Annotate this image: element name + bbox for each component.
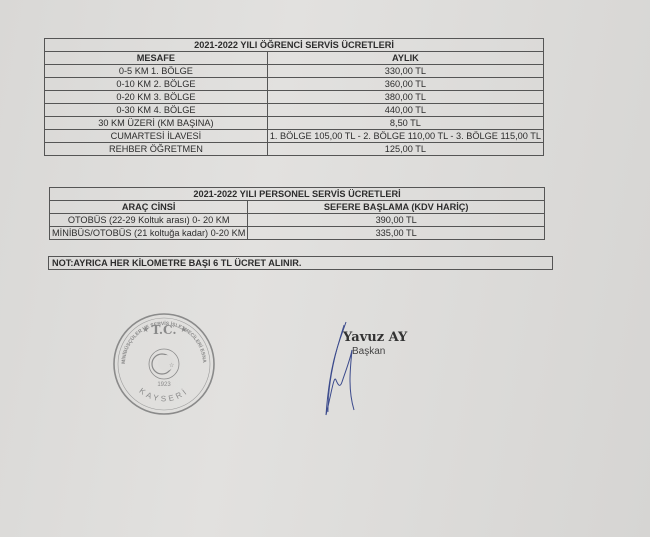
table-row: CUMARTESİ İLAVESİ1. BÖLGE 105,00 TL - 2.…	[45, 130, 544, 143]
cell-price: 360,00 TL	[267, 78, 543, 91]
table-row: 0-20 KM 3. BÖLGE380,00 TL	[45, 91, 544, 104]
student-fee-table: 2021-2022 YILI ÖĞRENCİ SERVİS ÜCRETLERİ …	[44, 38, 544, 156]
cell-distance: 0-5 KM 1. BÖLGE	[45, 65, 268, 78]
cell-price: 390,00 TL	[248, 214, 545, 227]
staff-table-title: 2021-2022 YILI PERSONEL SERVİS ÜCRETLERİ	[50, 188, 545, 201]
svg-text:MİNİBÜSÇÜLER VE SERVİS İŞLETME: MİNİBÜSÇÜLER VE SERVİS İŞLETMECİLERİ ESN…	[111, 312, 207, 364]
cell-price: 380,00 TL	[267, 91, 543, 104]
signer-name: Yavuz AY	[343, 330, 407, 345]
column-header-vehicle-type: ARAÇ CİNSİ	[50, 201, 248, 214]
table-row: 0-30 KM 4. BÖLGE440,00 TL	[45, 104, 544, 117]
svg-text:1923: 1923	[157, 382, 171, 388]
signer-title: Başkan	[352, 346, 407, 357]
signer-block: Yavuz AY Başkan	[343, 330, 407, 357]
cell-price: 335,00 TL	[248, 227, 545, 240]
cell-price: 330,00 TL	[267, 65, 543, 78]
svg-text:☆: ☆	[169, 362, 174, 369]
cell-vehicle: MİNİBÜS/OTOBÜS (21 koltuğa kadar) 0-20 K…	[50, 227, 248, 240]
document-page: 2021-2022 YILI ÖĞRENCİ SERVİS ÜCRETLERİ …	[0, 0, 650, 537]
cell-vehicle: OTOBÜS (22-29 Koltuk arası) 0- 20 KM	[50, 214, 248, 227]
column-header-monthly: AYLIK	[267, 52, 543, 65]
staff-fee-table: 2021-2022 YILI PERSONEL SERVİS ÜCRETLERİ…	[49, 187, 545, 240]
cell-distance: 0-10 KM 2. BÖLGE	[45, 78, 268, 91]
note-box: NOT:AYRICA HER KİLOMETRE BAŞI 6 TL ÜCRET…	[48, 256, 553, 270]
cell-price: 125,00 TL	[267, 143, 543, 156]
cell-price: 1. BÖLGE 105,00 TL - 2. BÖLGE 110,00 TL …	[267, 130, 543, 143]
cell-price: 440,00 TL	[267, 104, 543, 117]
cell-distance: CUMARTESİ İLAVESİ	[45, 130, 268, 143]
cell-distance: REHBER ÖĞRETMEN	[45, 143, 268, 156]
official-stamp-icon: T.C. ★ ★ ☆ 1923 KAYSERİ MİNİBÜSÇÜLER VE …	[111, 312, 217, 416]
svg-text:KAYSERİ: KAYSERİ	[137, 386, 190, 403]
table-row: 0-5 KM 1. BÖLGE330,00 TL	[45, 65, 544, 78]
column-header-start-fee: SEFERE BAŞLAMA (KDV HARİÇ)	[248, 201, 545, 214]
cell-distance: 0-20 KM 3. BÖLGE	[45, 91, 268, 104]
cell-distance: 0-30 KM 4. BÖLGE	[45, 104, 268, 117]
cell-price: 8,50 TL	[267, 117, 543, 130]
table-row: MİNİBÜS/OTOBÜS (21 koltuğa kadar) 0-20 K…	[50, 227, 545, 240]
student-table-title: 2021-2022 YILI ÖĞRENCİ SERVİS ÜCRETLERİ	[45, 39, 544, 52]
column-header-distance: MESAFE	[45, 52, 268, 65]
cell-distance: 30 KM ÜZERİ (KM BAŞINA)	[45, 117, 268, 130]
table-row: 30 KM ÜZERİ (KM BAŞINA)8,50 TL	[45, 117, 544, 130]
table-row: OTOBÜS (22-29 Koltuk arası) 0- 20 KM390,…	[50, 214, 545, 227]
table-row: REHBER ÖĞRETMEN125,00 TL	[45, 143, 544, 156]
table-row: 0-10 KM 2. BÖLGE360,00 TL	[45, 78, 544, 91]
